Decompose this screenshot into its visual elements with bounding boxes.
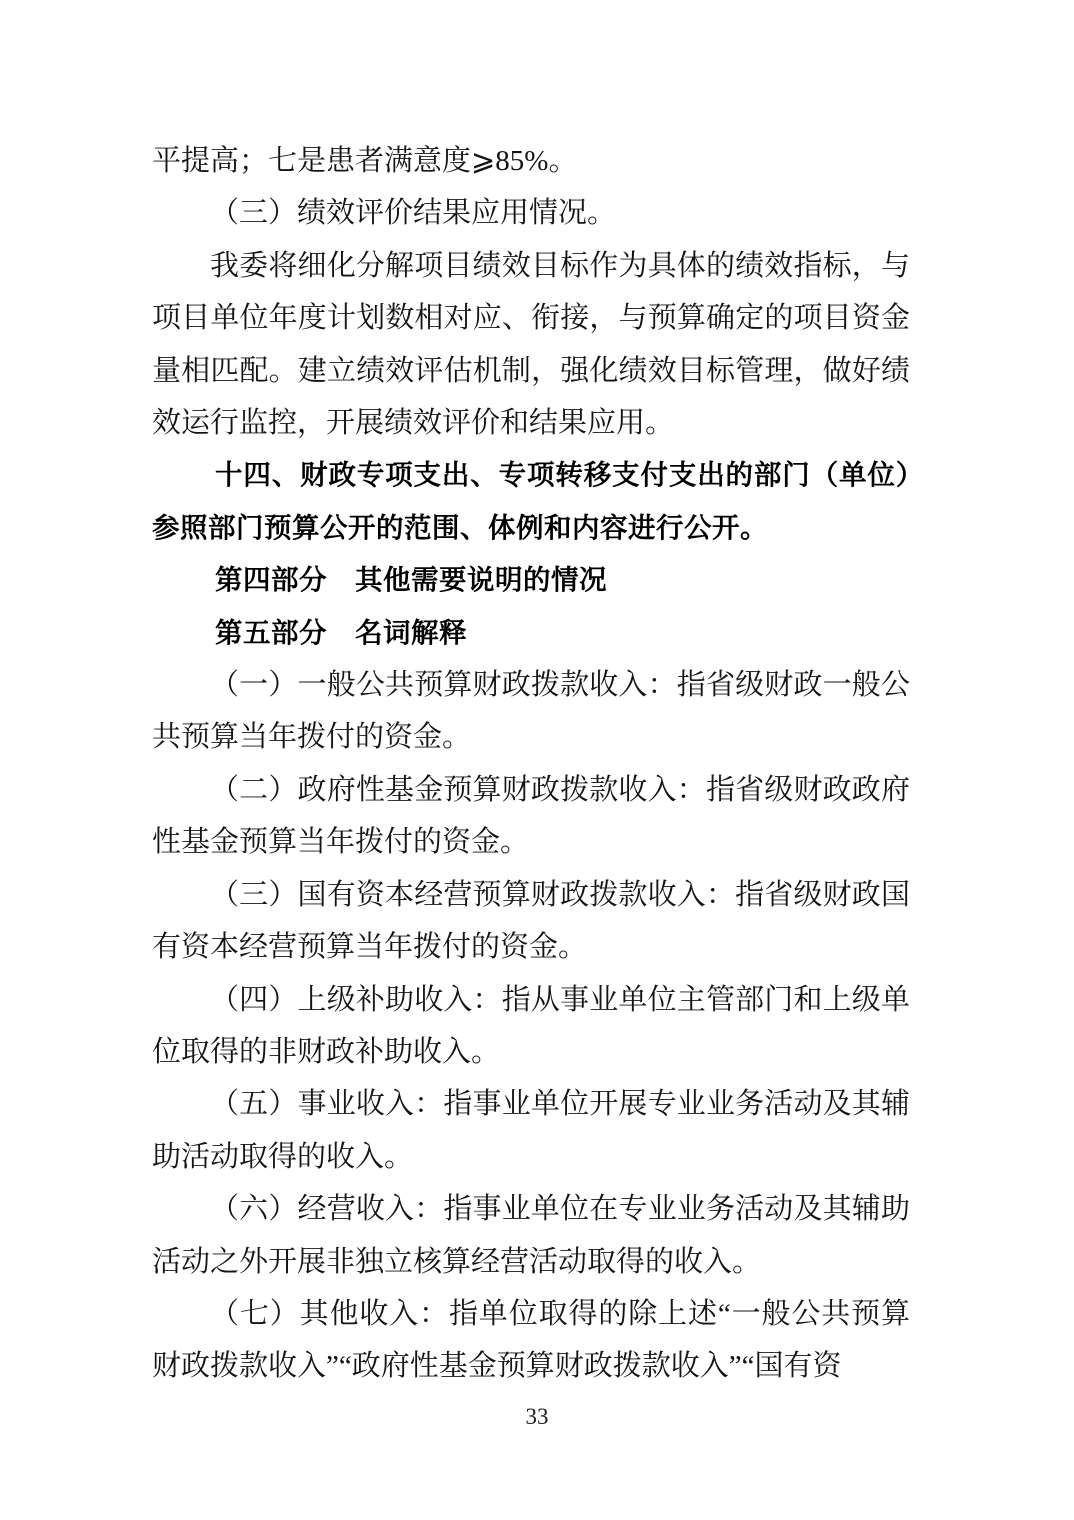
paragraph-continuation-satisfaction: 平提高；七是患者满意度⩾85%。: [152, 135, 910, 187]
document-body: 平提高；七是患者满意度⩾85%。 （三）绩效评价结果应用情况。 我委将细化分解项…: [152, 135, 910, 1393]
paragraph-term-four: （四）上级补助收入：指从事业单位主管部门和上级单位取得的非财政补助收入。: [152, 974, 910, 1079]
paragraph-term-five: （五）事业收入：指事业单位开展专业业务活动及其辅助活动取得的收入。: [152, 1078, 910, 1183]
paragraph-performance-measures: 我委将细化分解项目绩效目标作为具体的绩效指标，与项目单位年度计划数相对应、衔接，…: [152, 240, 910, 450]
document-page: 平提高；七是患者满意度⩾85%。 （三）绩效评价结果应用情况。 我委将细化分解项…: [0, 0, 1074, 1520]
heading-part-four: 第四部分 其他需要说明的情况: [152, 554, 910, 606]
paragraph-term-six: （六）经营收入：指事业单位在专业业务活动及其辅助活动之外开展非独立核算经营活动取…: [152, 1183, 910, 1288]
paragraph-term-one: （一）一般公共预算财政拨款收入：指省级财政一般公共预算当年拨付的资金。: [152, 659, 910, 764]
page-number: 33: [0, 1404, 1074, 1430]
paragraph-term-seven: （七）其他收入：指单位取得的除上述“一般公共预算财政拨款收入”“政府性基金预算财…: [152, 1288, 910, 1393]
heading-item-fourteen: 十四、财政专项支出、专项转移支付支出的部门（单位）参照部门预算公开的范围、体例和…: [152, 449, 910, 554]
paragraph-term-two: （二）政府性基金预算财政拨款收入：指省级财政政府性基金预算当年拨付的资金。: [152, 764, 910, 869]
paragraph-term-three: （三）国有资本经营预算财政拨款收入：指省级财政国有资本经营预算当年拨付的资金。: [152, 869, 910, 974]
heading-part-five: 第五部分 名词解释: [152, 607, 910, 659]
paragraph-section-three-heading: （三）绩效评价结果应用情况。: [152, 187, 910, 239]
